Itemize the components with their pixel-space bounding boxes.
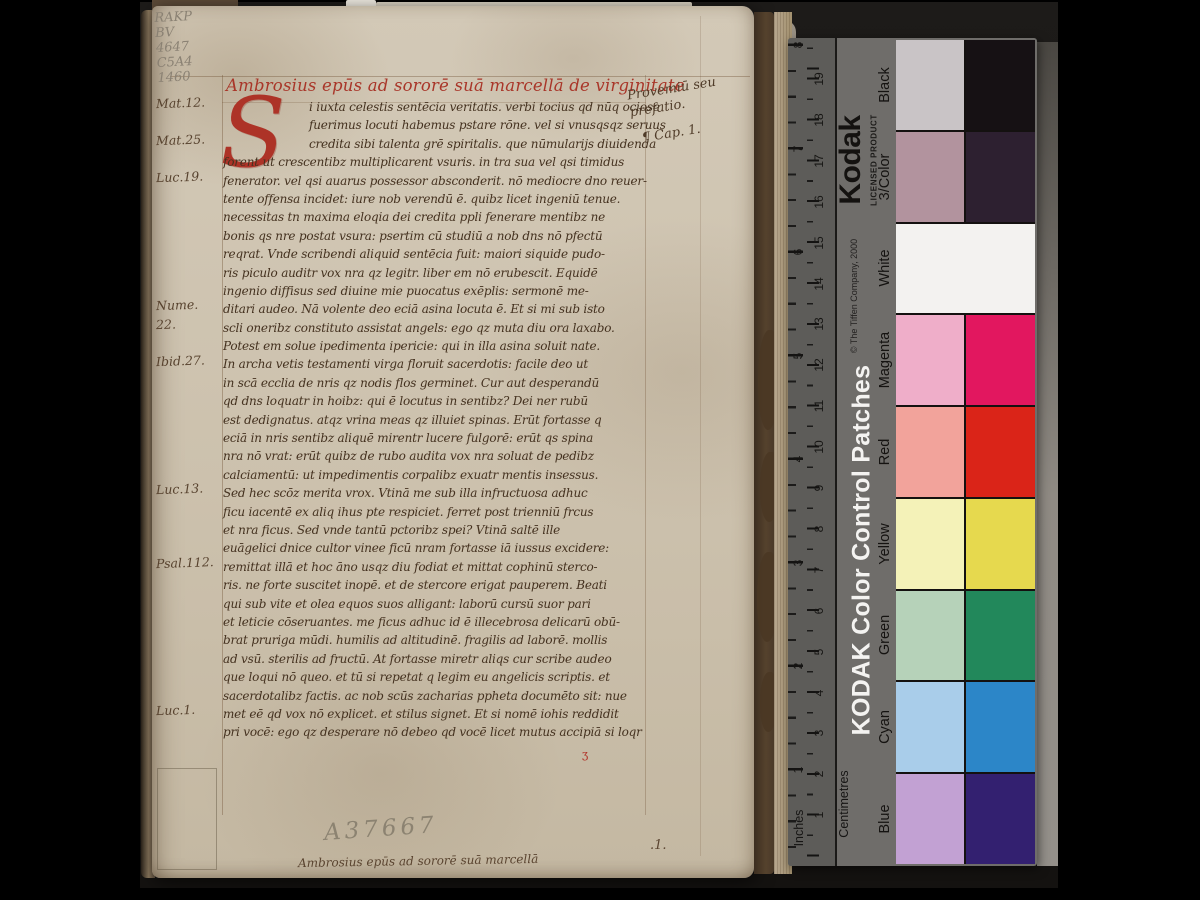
margin-note: Luc.13.: [156, 480, 222, 497]
margin-note: Ibid.27.: [156, 351, 222, 368]
body-line: ingenio diffisus sed diuine mie puocatus…: [223, 282, 647, 300]
patch-cell-dark: [966, 774, 1035, 864]
body-line: et nra ficus. Sed vnde tantū pctoribz sp…: [223, 521, 647, 539]
body-line: i iuxta celestis sentēcia veritatis. ver…: [223, 98, 647, 116]
body-line: scli oneribz constituto assistat angels:…: [223, 319, 647, 337]
inch-major-ticks: [788, 38, 803, 866]
copyright-text: © The Tiffen Company, 2000: [849, 239, 859, 353]
body-line: Sed hec scōz merita vrox. Vtinā me sub i…: [223, 484, 647, 502]
patch-cell-dark: [966, 591, 1035, 681]
bottom-catchword: Ambrosius epūs ad sororē suā marcellā: [298, 852, 539, 870]
body-line: ad vsū. sterilis ad fructū. At fortasse …: [223, 650, 647, 668]
body-line: forent ut crescentibz multiplicarent vsu…: [223, 153, 647, 171]
cm-number: 15: [812, 236, 826, 249]
patch-label: Cyan: [877, 710, 893, 744]
kodak-color-card: 87654321 19181716151413121110987654321 I…: [788, 38, 1037, 866]
patch-row: [896, 774, 1035, 864]
pencil-ruled-box: [157, 768, 217, 870]
body-line: ficu iacentē ex aliq ihus pte respiciet.…: [223, 503, 647, 521]
inch-number: 5: [791, 352, 805, 359]
inch-number: 3: [791, 559, 805, 566]
cm-number: 18: [812, 113, 826, 126]
cm-number: 14: [812, 277, 826, 290]
patch-row: [896, 591, 1035, 681]
manuscript-page: RAKPBV4647C5A41460 Ambrosius epūs ad sor…: [152, 6, 754, 878]
patch-row: [896, 499, 1035, 589]
patch-cell-dark: [966, 407, 1035, 497]
body-line: Potest em solue ipedimenta ipericie: qui…: [223, 337, 647, 355]
inch-number: 7: [791, 145, 805, 152]
margin-note: 22.: [156, 315, 222, 332]
patch-label: Yellow: [877, 523, 893, 564]
patch-cell-dark: [966, 682, 1035, 772]
body-line: nra nō vrat: erūt quibz de rubo audita v…: [223, 447, 647, 465]
ruler-strip: 87654321 19181716151413121110987654321 I…: [788, 38, 837, 866]
patch-row: [896, 224, 1035, 314]
cm-number: 11: [812, 400, 826, 412]
patch-label: Green: [877, 615, 893, 655]
cm-number: 12: [812, 359, 826, 372]
body-line: In archa vetis testamenti virga floruit …: [223, 355, 647, 373]
patch-cell-light: [896, 315, 964, 405]
body-line: in scā ecclia de nris qz nodis flos germ…: [223, 374, 647, 392]
body-line: qui sub vite et olea equos suos alligant…: [223, 595, 647, 613]
inch-number: 6: [791, 249, 805, 256]
body-line: fuerimus locuti habemus pstare rōne. vel…: [223, 116, 647, 134]
inch-number: 4: [791, 456, 805, 463]
patch-label: Black: [877, 67, 893, 102]
body-line: remittat illā et hoc āno usqz diu fodiat…: [223, 558, 647, 576]
body-line: necessitas tn maxima eloqia dei credita …: [223, 208, 647, 226]
shelfmark-list: RAKPBV4647C5A41460: [154, 9, 196, 86]
patch-cell-dark: [966, 40, 1035, 130]
cm-number: 1: [812, 812, 826, 819]
red-siglum-mark: ʒ: [582, 748, 588, 761]
patch-label: Magenta: [877, 332, 893, 388]
body-line: qd dns loquatr in hoibz: qui ē locutus i…: [223, 392, 647, 410]
patch-cell-light: [896, 40, 964, 130]
cm-number: 9: [812, 485, 826, 492]
kodak-brand-text: Kodak: [834, 115, 868, 204]
pencil-inventory-number: A37667: [323, 812, 438, 846]
patch-cell-dark: [966, 315, 1035, 405]
margin-note: Luc.19.: [156, 167, 222, 184]
patch-row: [896, 407, 1035, 497]
body-line: que loqui nō queo. et tū si repetat q le…: [223, 668, 647, 686]
card-title-text: KODAK Color Control Patches: [848, 365, 877, 736]
body-line: fenerator. vel qsi auarus possessor absc…: [223, 172, 647, 190]
patch-cell-light: [896, 774, 964, 864]
patch-cell-light: [896, 132, 964, 222]
body-line: ris. ne forte suscitet inopē. et de ster…: [223, 576, 647, 594]
cm-number: 13: [812, 318, 826, 331]
folio-number: .1.: [650, 838, 667, 853]
body-line: eciā in nris sentibz aliquē mirentr luce…: [223, 429, 647, 447]
body-line: calciamentū: ut impedimentis corpalibz e…: [223, 466, 647, 484]
margin-note: Nume.: [156, 296, 222, 313]
cm-number: 7: [812, 566, 826, 573]
body-line: brat pruriga mūdi. humilis ad altitudinē…: [223, 631, 647, 649]
body-line: ris piculo auditr vox nra qz legitr. lib…: [223, 264, 647, 282]
inches-label: Inches: [792, 810, 806, 847]
cm-number: 3: [812, 730, 826, 737]
patch-label: White: [877, 250, 893, 287]
shelfmark-line: RAKP: [154, 9, 192, 26]
patch-cell-light: [896, 591, 964, 681]
body-line: sacerdotalibz factis. ac nob scūs zachar…: [223, 687, 647, 705]
patch-cell-light: [896, 682, 964, 772]
patch-label: Red: [877, 438, 893, 465]
cm-number: 17: [812, 154, 826, 167]
patch-grid: [896, 40, 1035, 864]
inch-number: 8: [791, 42, 805, 49]
cm-number: 10: [812, 440, 826, 453]
body-line: met eē qd vox nō explicet. et stilus sig…: [223, 705, 647, 723]
cm-number: 4: [812, 689, 826, 696]
fore-edge-shadow-strip: [754, 12, 774, 874]
body-line: pri vocē: ego qz desperare nō debeo qd v…: [223, 723, 647, 741]
body-text-block: i iuxta celestis sentēcia veritatis. ver…: [223, 98, 647, 742]
body-line: reqrat. Vnde scribendi aliquid sentēcia …: [223, 245, 647, 263]
margin-note: Mat.12.: [156, 94, 222, 111]
cm-number: 5: [812, 648, 826, 655]
patch-row: [896, 315, 1035, 405]
margin-note: Mat.25.: [156, 131, 222, 148]
cm-number: 6: [812, 607, 826, 614]
rubric-title: Ambrosius epūs ad sororē suā marcellā de…: [226, 76, 656, 95]
patch-cell-light: [896, 407, 964, 497]
cm-number: 19: [812, 72, 826, 85]
body-line: euāgelici dnice cultor vinee ficū nram f…: [223, 539, 647, 557]
cm-number: 8: [812, 526, 826, 533]
body-line: ditari audeo. Nā volente deo eciā asina …: [223, 300, 647, 318]
margin-note: Luc.1.: [156, 701, 222, 718]
patch-row: [896, 682, 1035, 772]
patch-cell-dark: [966, 132, 1035, 222]
patch-row: [896, 40, 1035, 130]
page-crease-line: [700, 16, 701, 856]
margin-note: Psal.112.: [156, 554, 222, 571]
body-line: bonis qs nre postat vsura: psertim cū st…: [223, 227, 647, 245]
body-line: est dedignatus. atqz vrina meas qz illui…: [223, 411, 647, 429]
patch-cell-light: [896, 499, 964, 589]
patch-label: 3/Color: [877, 153, 893, 200]
backdrop-right-panel: [1037, 42, 1058, 866]
photo-stage: RAKPBV4647C5A41460 Ambrosius epūs ad sor…: [0, 0, 1200, 900]
patch-row: [896, 132, 1035, 222]
cm-number: 16: [812, 195, 826, 208]
patch-cell-dark: [966, 499, 1035, 589]
body-line: et leticie cōseruantes. me ficus adhuc i…: [223, 613, 647, 631]
body-line: tente offensa incidet: iure nob verendū …: [223, 190, 647, 208]
body-line: credita sibi talenta grē spiritalis. que…: [223, 135, 647, 153]
inch-number: 1: [791, 766, 805, 773]
patch-label: Blue: [877, 804, 893, 833]
white-patch: [896, 224, 1035, 314]
cm-number: 2: [812, 771, 826, 778]
centimetres-label: Centimetres: [837, 770, 851, 837]
inch-number: 2: [791, 663, 805, 670]
shelfmark-line: 1460: [157, 69, 195, 86]
